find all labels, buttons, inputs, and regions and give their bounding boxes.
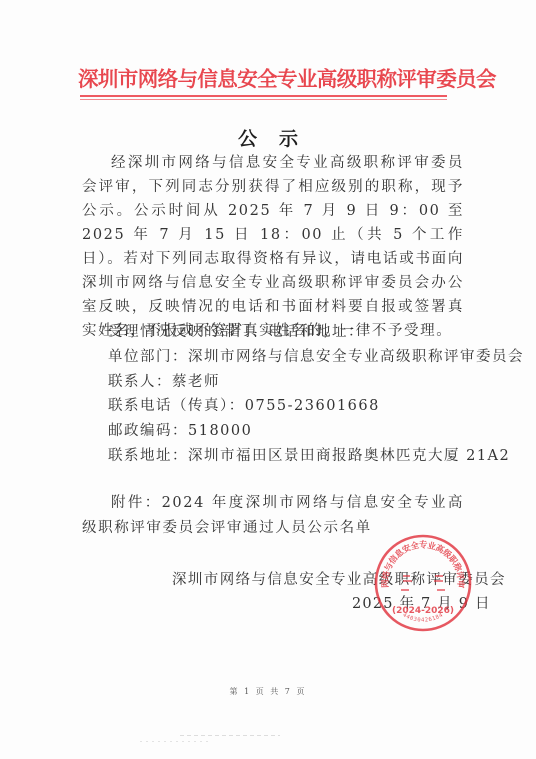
letterhead-rule-thick xyxy=(80,95,447,97)
department-label: 单位部门： xyxy=(108,349,188,365)
attachment-paragraph: 附件：2024 年度深圳市网络与信息安全专业高级职称评审委员会评审通过人员公示名… xyxy=(82,491,464,540)
attachment-note: 附件：2024 年度深圳市网络与信息安全专业高级职称评审委员会评审通过人员公示名… xyxy=(82,491,464,540)
address-label: 联系地址： xyxy=(108,448,188,464)
scan-artifact xyxy=(140,741,210,742)
postcode-value: 518000 xyxy=(188,423,252,439)
contact-department: 单位部门：深圳市网络与信息安全专业高级职称评审委员会 xyxy=(108,345,478,370)
department-value: 深圳市网络与信息安全专业高级职称评审委员会 xyxy=(188,349,524,365)
person-value: 蔡老师 xyxy=(172,374,220,390)
notice-body: 经深圳市网络与信息安全专业高级职称评审委员会评审，下列同志分别获得了相应级别的职… xyxy=(82,151,464,343)
postcode-label: 邮政编码： xyxy=(108,423,188,439)
org-letterhead-title: 深圳市网络与信息安全专业高级职称评审委员会 xyxy=(78,62,450,92)
person-label: 联系人： xyxy=(108,374,172,390)
document-page: 深圳市网络与信息安全专业高级职称评审委员会 公示 经深圳市网络与信息安全专业高级… xyxy=(0,0,536,759)
seal-serial: 44030426184 xyxy=(401,612,444,623)
document-title: 公示 xyxy=(0,124,536,151)
contact-person: 联系人：蔡老师 xyxy=(108,370,478,395)
notice-paragraph: 经深圳市网络与信息安全专业高级职称评审委员会评审，下列同志分别获得了相应级别的职… xyxy=(82,151,464,343)
scan-artifact xyxy=(180,735,280,736)
signature-org: 深圳市网络与信息安全专业高级职称评审委员会 xyxy=(172,568,467,589)
phone-label: 联系电话（传真）： xyxy=(108,398,245,414)
contact-postcode: 邮政编码：518000 xyxy=(108,419,478,444)
contact-intro: 受理情况反映的部门、电话和地址： xyxy=(108,320,478,345)
contact-phone: 联系电话（传真）：0755-23601668 xyxy=(108,394,478,419)
page-indicator: 第 1 页 共 7 页 xyxy=(0,686,536,697)
svg-text:44030426184: 44030426184 xyxy=(401,612,444,623)
contact-address: 联系地址：深圳市福田区景田商报路奥林匹克大厦 21A2 xyxy=(108,444,478,469)
contact-info: 受理情况反映的部门、电话和地址： 单位部门：深圳市网络与信息安全专业高级职称评审… xyxy=(108,320,478,469)
letterhead-rule-thin xyxy=(80,99,447,100)
attachment-label: 附件： xyxy=(111,495,162,511)
address-value: 深圳市福田区景田商报路奥林匹克大厦 21A2 xyxy=(188,448,510,464)
phone-value: 0755-23601668 xyxy=(245,398,380,414)
signature-date: 2025 年 7 月 9 日 xyxy=(352,592,491,613)
